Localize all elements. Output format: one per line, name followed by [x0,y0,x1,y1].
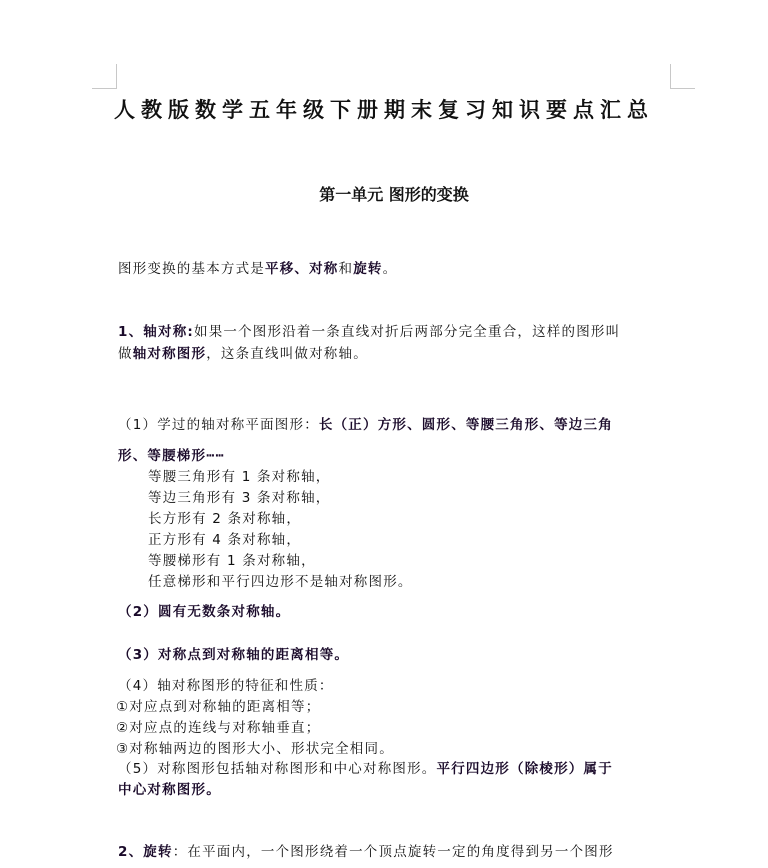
item1-line1: （1）学过的轴对称平面图形：长（正）方形、圆形、等腰三角形、等边三角 [118,413,613,433]
section2-line1: 2、旋转：在平面内，一个图形绕着一个顶点旋转一定的角度得到另一个图形 [118,840,614,860]
item3: （3）对称点到对称轴的距离相等。 [118,643,349,663]
section2-label: 2、旋转 [118,844,173,860]
axis-count-item: 等边三角形有 3 条对称轴， [148,486,330,506]
axis-count-item: 正方形有 4 条对称轴， [148,528,301,548]
document-title: 人教版数学五年级下册期末复习知识要点汇总 [0,94,768,124]
item2: （2）圆有无数条对称轴。 [118,600,290,620]
axis-count-item: 等腰三角形有 1 条对称轴， [148,465,330,485]
item4-point: ③对称轴两边的图形大小、形状完全相同。 [116,737,394,757]
item4-heading: （4）轴对称图形的特征和性质： [118,674,334,694]
margin-corner-mark-top-right [670,64,695,89]
item4-point: ②对应点的连线与对称轴垂直； [116,716,320,736]
unit-heading: 第一单元 图形的变换 [0,182,768,205]
axis-count-item: 等腰梯形有 1 条对称轴， [148,549,316,569]
axis-count-item: 长方形有 2 条对称轴， [148,507,301,527]
item5-line1: （5）对称图形包括轴对称图形和中心对称图形。平行四边形（除棱形）属于 [118,757,613,777]
item4-point: ①对应点到对称轴的距离相等； [116,695,320,715]
document-page: 人教版数学五年级下册期末复习知识要点汇总 第一单元 图形的变换 图形变换的基本方… [0,0,768,868]
item1-line2: 形、等腰梯形┅┅ [118,444,225,464]
axis-count-item: 任意梯形和平行四边形不是轴对称图形。 [148,570,413,590]
section1-line2: 做轴对称图形，这条直线叫做对称轴。 [118,342,368,362]
margin-corner-mark-top-left [92,64,117,89]
item5-line2: 中心对称图形。 [118,778,221,798]
section1-label: 1、轴对称: [118,324,194,340]
intro-paragraph: 图形变换的基本方式是平移、对称和旋转。 [118,257,397,277]
section1-line1: 1、轴对称:如果一个图形沿着一条直线对折后两部分完全重合，这样的图形叫 [118,320,620,340]
